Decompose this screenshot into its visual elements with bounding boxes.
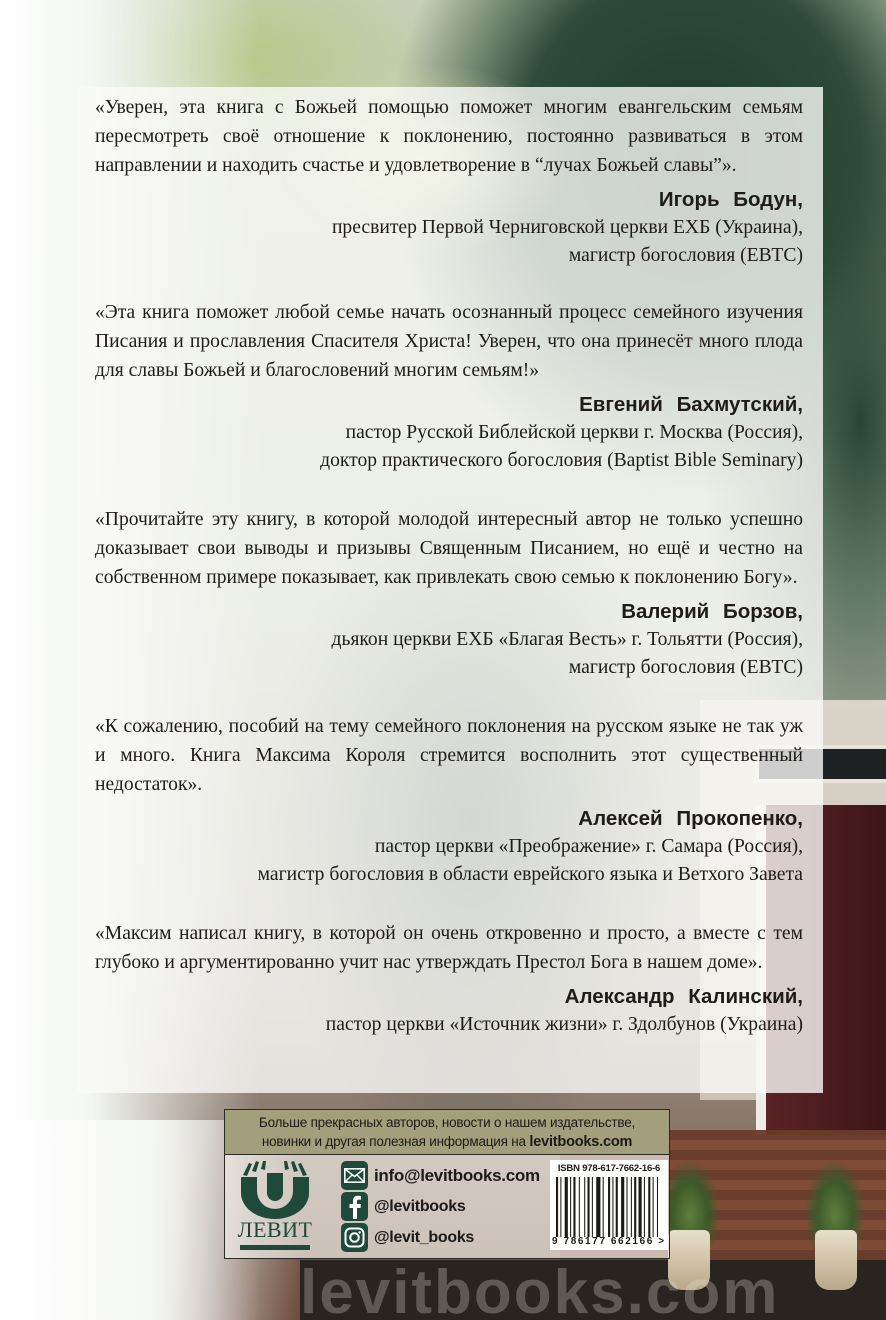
levit-emblem-icon (237, 1161, 313, 1221)
testimonial-role: пастор Русской Библейской церкви г. Моск… (95, 419, 803, 447)
contact-email[interactable]: info@levitbooks.com (341, 1160, 540, 1191)
testimonial: «Максим написал книгу, в которой он очен… (95, 919, 803, 1039)
testimonial-role: пастор церкви «Преображение» г. Самара (… (95, 833, 803, 861)
contact-facebook[interactable]: @levitbooks (341, 1191, 540, 1222)
website-watermark: levitbooks.com (300, 1262, 779, 1320)
testimonial-quote: «Эта книга поможет любой семье начать ос… (95, 298, 803, 385)
instagram-handle: @levit_books (374, 1229, 474, 1247)
testimonial-quote: «К сожалению, пособий на тему семейного … (95, 712, 803, 799)
testimonial-quote: «Прочитайте эту книгу, в которой молодой… (95, 505, 803, 592)
urn-right (815, 1230, 857, 1290)
testimonial-quote: «Уверен, эта книга с Божьей помощью помо… (95, 93, 803, 180)
website-link[interactable]: levitbooks.com (529, 1134, 632, 1150)
testimonial-role: магистр богословия (ЕВТС) (95, 242, 803, 270)
envelope-icon (341, 1161, 368, 1190)
publisher-promo-banner: Больше прекрасных авторов, новости о наш… (225, 1110, 669, 1155)
testimonial-role: дьякон церкви ЕХБ «Благая Весть» г. Толь… (95, 626, 803, 654)
testimonial-author: Евгений Бахмутский, (95, 391, 803, 419)
promo-line-2: новинки и другая полезная информация на … (225, 1132, 669, 1152)
promo-line-2-text: новинки и другая полезная информация на (262, 1134, 530, 1149)
testimonial-author: Валерий Борзов, (95, 598, 803, 626)
publisher-details: ЛЕВИТ info@levitbooks.com @levitbooks (225, 1155, 669, 1258)
testimonial: «Прочитайте эту книгу, в которой молодой… (95, 505, 803, 682)
levit-logo-text: ЛЕВИТ (237, 1219, 313, 1241)
barcode-digits: 9 786177 662166 > (552, 1236, 668, 1247)
instagram-icon (341, 1223, 368, 1252)
facebook-handle: @levitbooks (374, 1198, 465, 1216)
contact-instagram[interactable]: @levit_books (341, 1222, 540, 1253)
contact-list: info@levitbooks.com @levitbooks @levit_b… (341, 1160, 540, 1253)
testimonial: «Эта книга поможет любой семье начать ос… (95, 298, 803, 475)
promo-line-1: Больше прекрасных авторов, новости о наш… (225, 1113, 669, 1132)
levit-logo: ЛЕВИТ (237, 1161, 317, 1253)
isbn-barcode: ISBN 978-617-7662-16-6 9 786177 662166 > (550, 1160, 668, 1250)
testimonial-role: магистр богословия (ЕВТС) (95, 654, 803, 682)
testimonial-role: пастор церкви «Источник жизни» г. Здолбу… (95, 1011, 803, 1039)
barcode-icon (556, 1177, 662, 1237)
testimonials-panel: «Уверен, эта книга с Божьей помощью помо… (77, 87, 823, 1093)
testimonial-role: доктор практического богословия (Baptist… (95, 447, 803, 475)
logo-underline (240, 1245, 310, 1250)
testimonial: «К сожалению, пособий на тему семейного … (95, 712, 803, 889)
testimonial-role: магистр богословия в области еврейского … (95, 861, 803, 889)
publisher-info-panel: Больше прекрасных авторов, новости о наш… (224, 1109, 670, 1259)
testimonial-author: Александр Калинский, (95, 983, 803, 1011)
testimonial-author: Игорь Бодун, (95, 186, 803, 214)
testimonial-role: пресвитер Первой Черниговской церкви ЕХБ… (95, 214, 803, 242)
facebook-icon (341, 1192, 368, 1221)
testimonial-quote: «Максим написал книгу, в которой он очен… (95, 919, 803, 977)
testimonial-author: Алексей Прокопенко, (95, 805, 803, 833)
isbn-label: ISBN 978-617-7662-16-6 (550, 1163, 668, 1174)
email-address: info@levitbooks.com (374, 1166, 540, 1186)
testimonial: «Уверен, эта книга с Божьей помощью помо… (95, 87, 803, 270)
